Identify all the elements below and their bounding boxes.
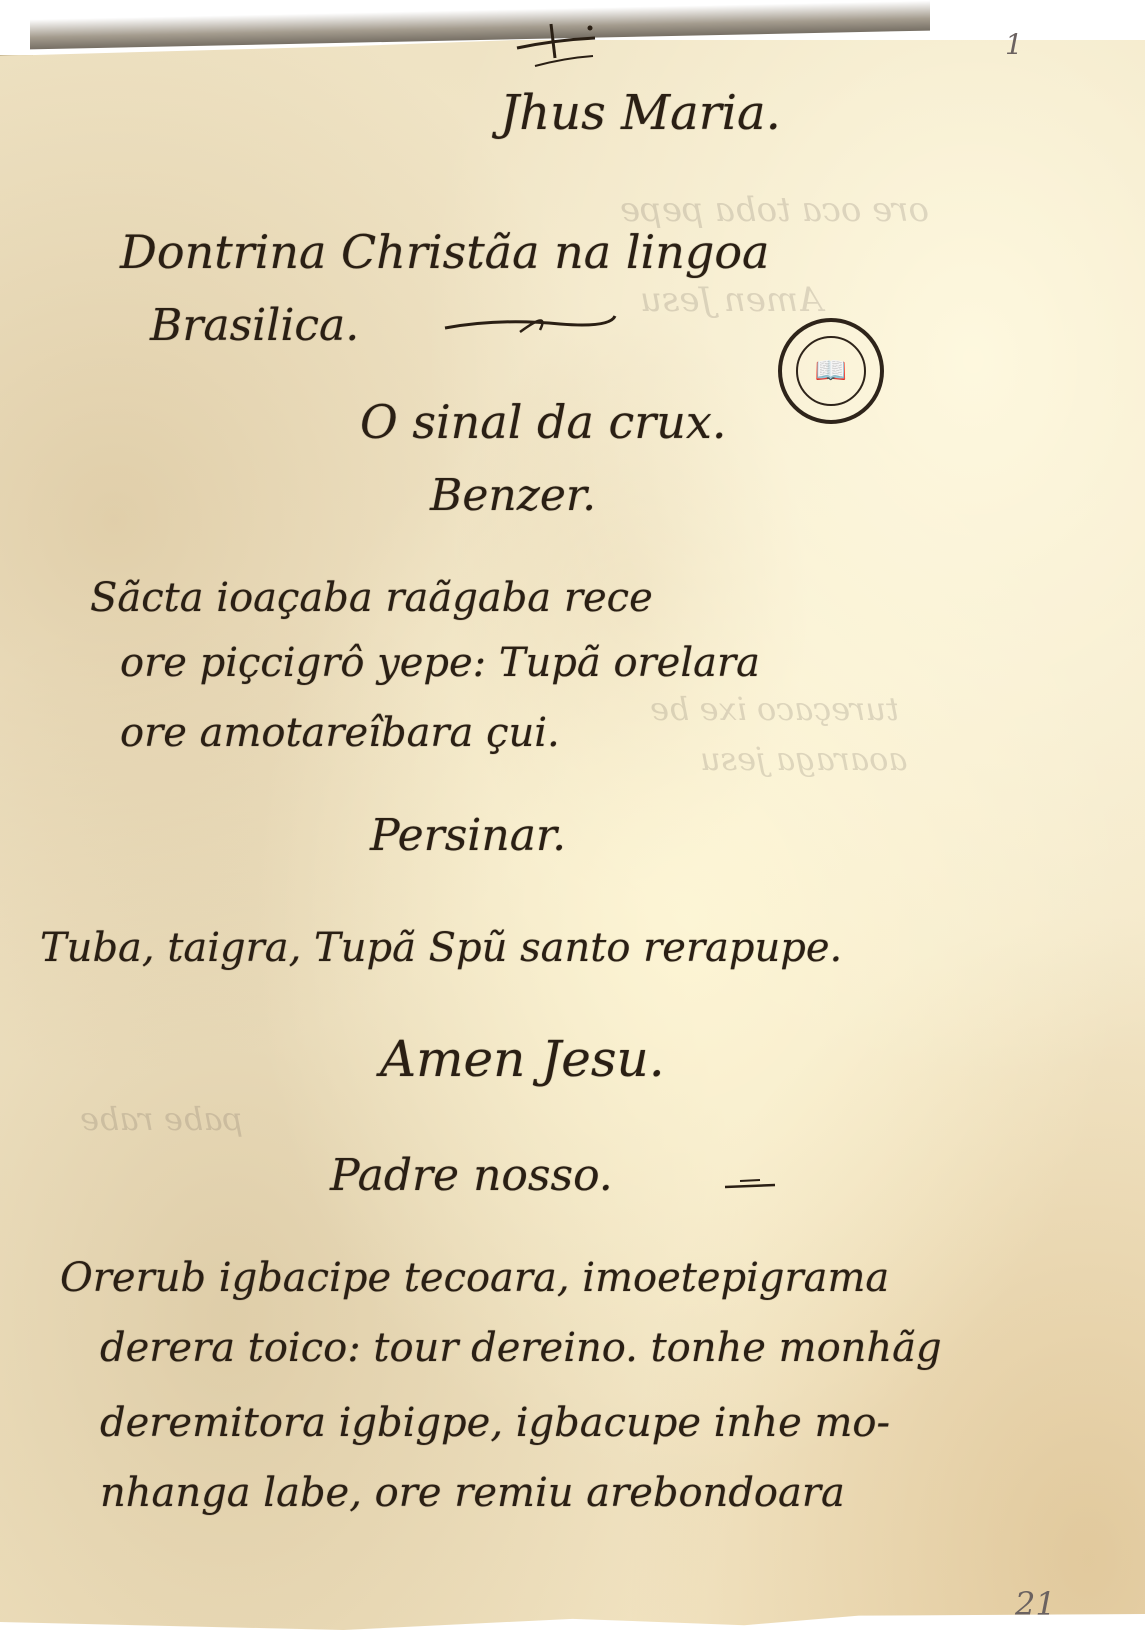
benzer-line-3: ore amotareîbara çui. [120,710,560,756]
benzer-line-1: Sãcta ioaçaba raãgaba rece [90,575,653,621]
padre-nosso-line-3: deremitora igbigpe, igbacupe inhe mo- [100,1400,890,1446]
section-heading-amen: Amen Jesu. [380,1030,665,1088]
dash-flourish-icon [720,1175,780,1195]
bleed-through-text: Amen Jesu [640,280,823,320]
section-heading-padre-nosso: Padre nosso. [330,1150,613,1201]
persinar-line-1: Tuba, taigra, Tupã Spũ santo rerapupe. [40,925,842,971]
folio-number-top: 1 [1005,28,1023,61]
cross-icon [515,18,615,68]
open-book-icon: 📖 [796,336,866,406]
folio-number-bottom: 21 [1015,1585,1056,1623]
title-line-2: Brasilica. [150,300,359,351]
section-heading-persinar: Persinar. [370,810,566,861]
padre-nosso-line-4: nhanga labe, ore remiu arebondoara [100,1470,845,1516]
bleed-through-text: tureçaco ixe be [650,690,899,728]
section-heading-sinal: O sinal da crux. [360,395,726,449]
flourish-icon [440,310,620,340]
invocation-heading: Jhus Maria. [500,85,781,141]
padre-nosso-line-1: Orerub igbacipe tecoara, imoetepigrama [60,1255,889,1301]
padre-nosso-line-2: derera toico: tour dereino. tonhe monhãg [100,1325,942,1371]
bleed-through-text: ore oca toba pepe [620,190,929,230]
library-stamp: 📖 [778,318,884,424]
bleed-through-text: pabe rabe [80,1100,243,1138]
manuscript-page [0,40,1145,1638]
bleed-through-text: aoaraga jesu [700,740,907,778]
section-heading-benzer: Benzer. [430,470,596,521]
title-line-1: Dontrina Christãa na lingoa [120,225,769,279]
benzer-line-2: ore piçcigrô yepe: Tupã orelara [120,640,760,686]
